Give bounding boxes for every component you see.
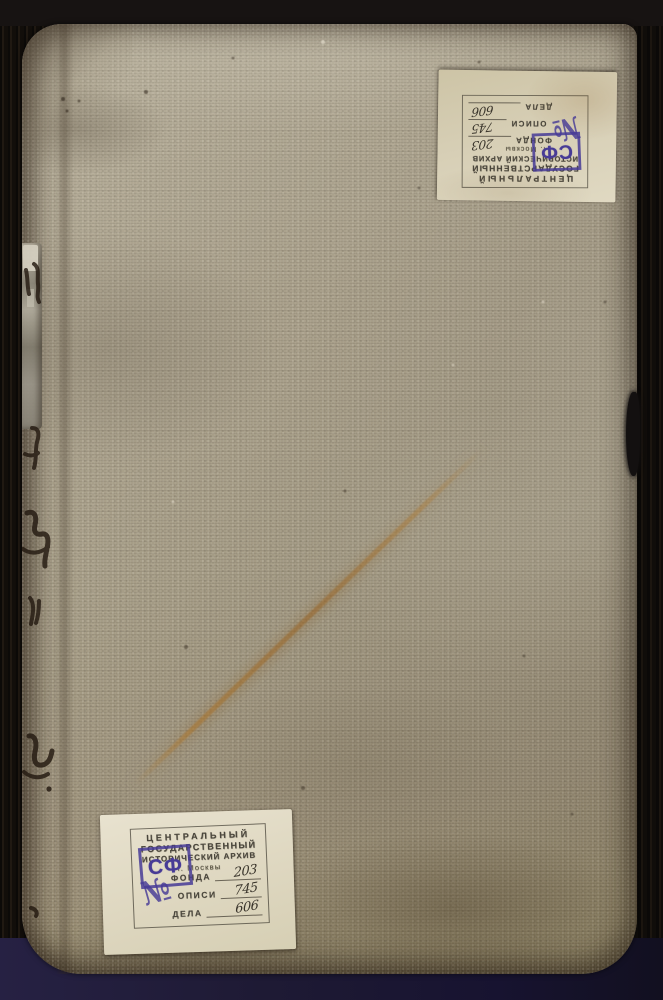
label-paper: ЦЕНТРАЛЬНЫЙ ГОСУДАРСТВЕННЫЙ ИСТОРИЧЕСКИЙ… [100,809,296,955]
ruled-line: 745 [468,119,506,130]
opis-label: ОПИСИ [510,119,546,128]
delo-row: ДЕЛА 606 [172,902,262,919]
opis-label: ОПИСИ [177,889,216,901]
delo-number-handwritten: 606 [235,898,258,917]
delo-number-handwritten: 606 [472,102,494,119]
book-cover: ЦЕНТРАЛЬНЫЙ ГОСУДАРСТВЕННЫЙ ИСТОРИЧЕСКИЙ… [22,24,637,974]
opis-number-handwritten: 745 [472,119,494,136]
delo-row: ДЕЛА 606 [468,102,552,114]
archive-label-top: ЦЕНТРАЛЬНЫЙ ГОСУДАРСТВЕННЫЙ ИСТОРИЧЕСКИЙ… [431,66,609,206]
ruled-line: 203 [468,136,511,147]
photo-backdrop: ЦЕНТРАЛЬНЫЙ ГОСУДАРСТВЕННЫЙ ИСТОРИЧЕСКИЙ… [0,0,663,1000]
delo-label: ДЕЛА [524,102,552,111]
delo-label: ДЕЛА [172,908,203,919]
opis-number-handwritten: 745 [234,880,257,899]
ruled-line: 203 [215,867,261,881]
ruled-line: 606 [468,102,520,113]
archive-label-bottom: ЦЕНТРАЛЬНЫЙ ГОСУДАРСТВЕННЫЙ ИСТОРИЧЕСКИЙ… [100,809,296,955]
opis-row: ОПИСИ 745 [468,119,546,131]
label-paper: ЦЕНТРАЛЬНЫЙ ГОСУДАРСТВЕННЫЙ ИСТОРИЧЕСКИЙ… [437,70,617,203]
fond-number-handwritten: 203 [472,135,494,152]
ruled-line: 606 [206,903,262,917]
spine-ink-marks [22,24,72,974]
backdrop-top-strip [0,0,663,26]
archive-name-line: ЦЕНТРАЛЬНЫЙ [463,173,588,184]
right-edge-notch [626,392,640,476]
ruled-line: 745 [220,885,261,899]
fond-number-handwritten: 203 [233,862,256,881]
